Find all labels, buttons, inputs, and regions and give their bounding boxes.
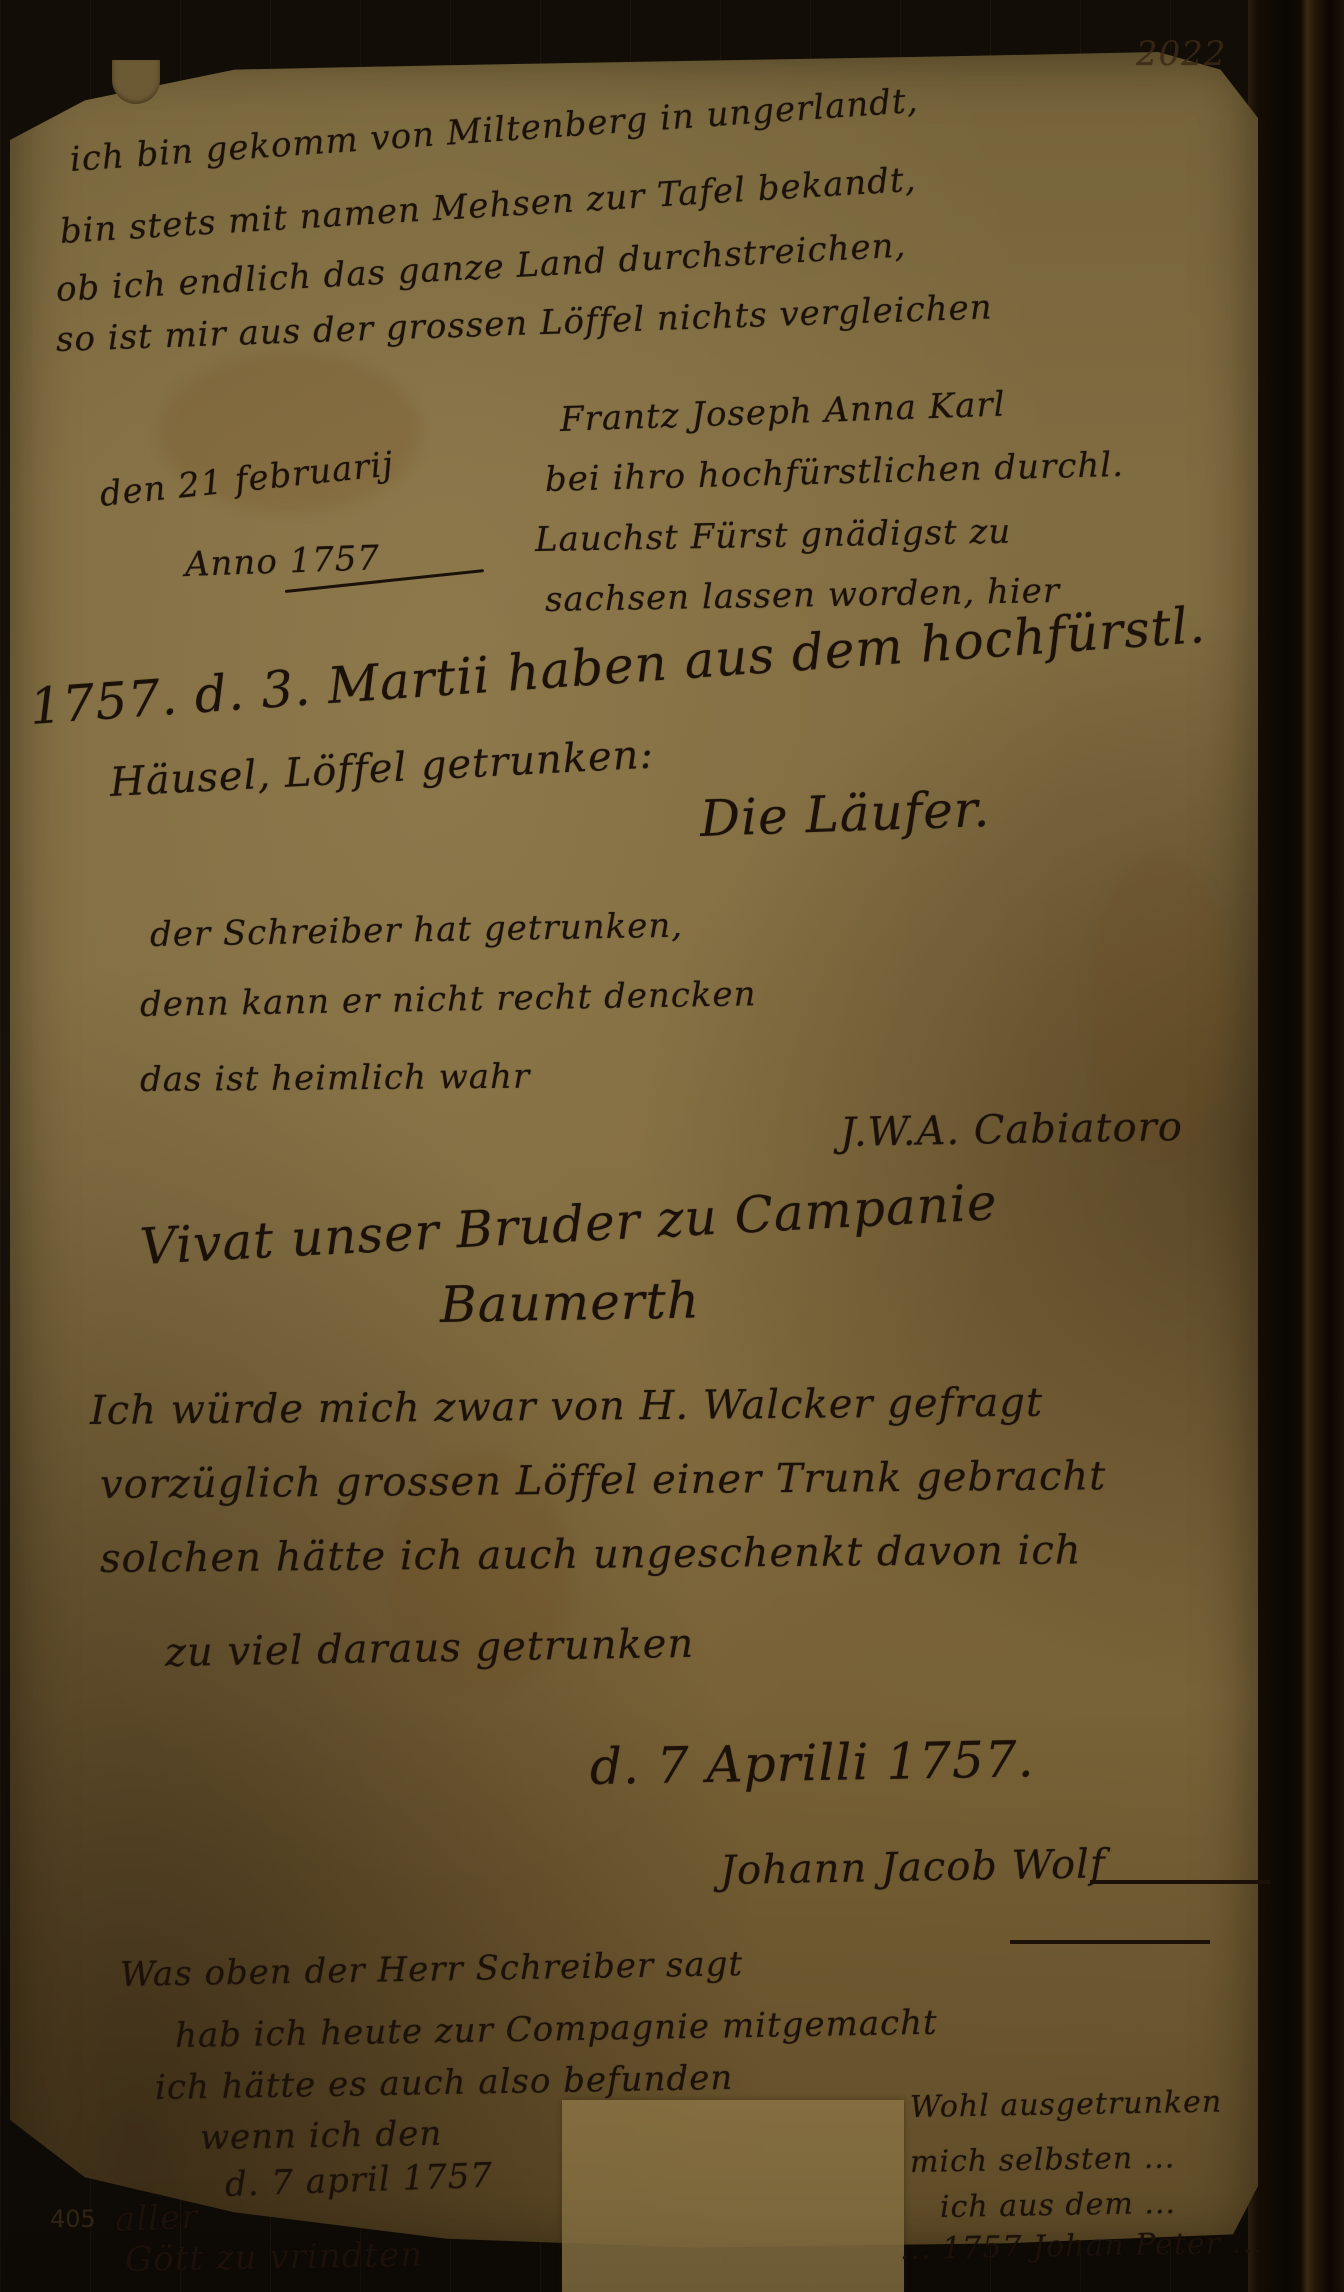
page-number: 2022 [1136,34,1227,74]
entry-7-right-fragment-2: mich selbsten ... [910,2140,1176,2180]
book-spine-gutter [1248,0,1344,2292]
entry-7-right-fragment-3: ich aus dem ... [940,2186,1177,2225]
entry-6-signature: Johann Jacob Wolf [720,1841,1106,1894]
entry-7-line-7: Gött zu vrindten [125,2235,424,2280]
entry-5-line-2: Baumerth [439,1271,700,1334]
entry-6-line-4: zu viel daraus getrunken [165,1621,695,1676]
entry-6-date: d. 7 Aprilli 1757. [589,1730,1034,1796]
entry-4-line-3: das ist heimlich wahr [140,1057,531,1100]
entry-7-right-fragment-1: Wohl ausgetrunken [910,2085,1223,2125]
entry-7-line-4: wenn ich den [200,2114,443,2158]
manuscript-page [10,52,1258,2252]
margin-pencil-number: 405 [50,2205,96,2233]
entry-4-signature: J.W.A. Cabiatoro [840,1104,1184,1156]
strikethrough-mark [1010,1940,1210,1944]
entry-6-line-3: solchen hätte ich auch ungeschenkt davon… [100,1527,1082,1582]
pasted-paper-patch [562,2100,904,2292]
strikethrough-mark [1090,1880,1270,1884]
entry-2-line-3: Lauchst Fürst gnädigst zu [535,512,1012,560]
entry-7-line-6: aller [114,2197,199,2240]
entry-3-signature: Die Läufer. [699,780,991,848]
entry-6-line-2: vorzüglich grossen Löffel einer Trunk ge… [100,1453,1107,1508]
entry-6-line-1: Ich würde mich zwar von H. Walcker gefra… [90,1380,1043,1434]
entry-2-date-line-2: Anno 1757 [184,538,380,585]
entry-7-right-fragment-4: ... 1757 Johan Peter ... [900,2226,1264,2267]
